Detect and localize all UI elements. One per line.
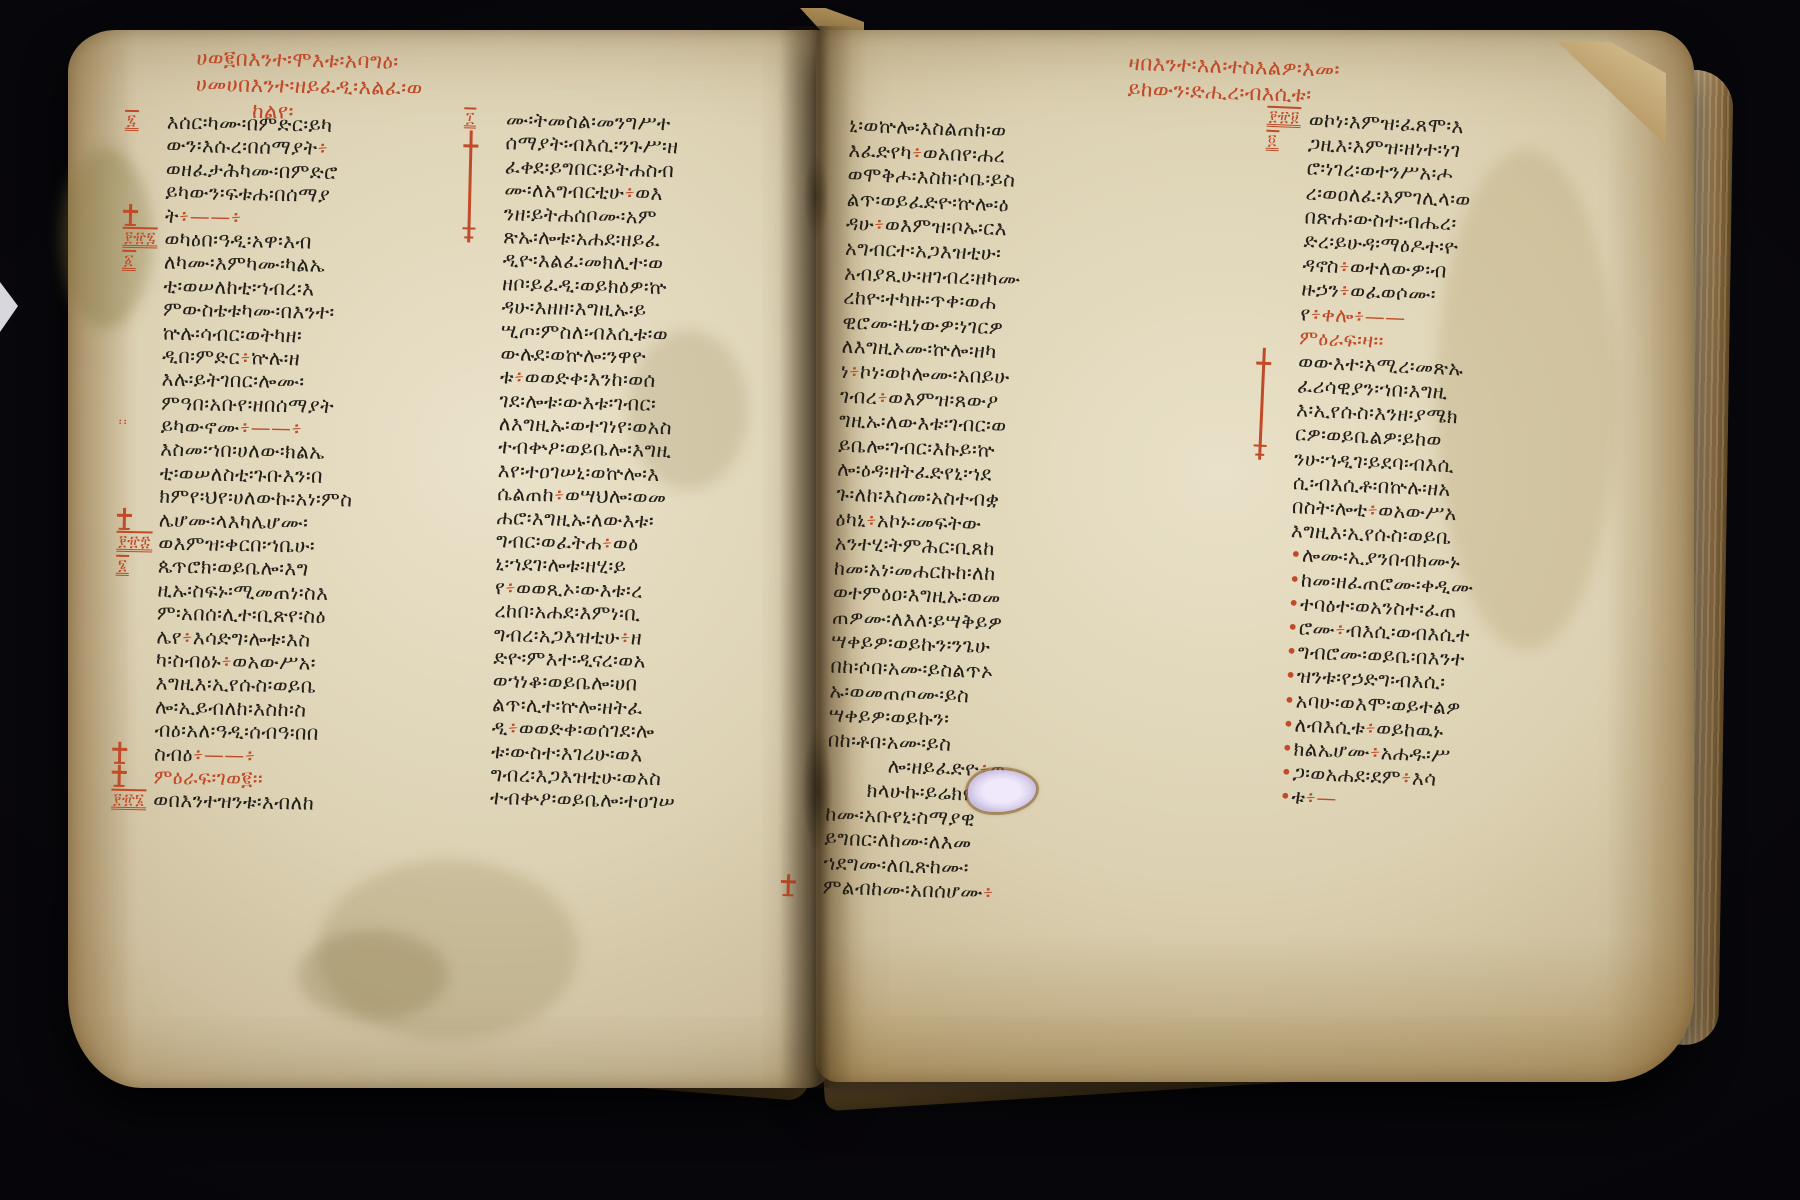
rubric-segment: ፥: [221, 649, 232, 673]
ink-segment: ወአውሥአ፡: [232, 649, 316, 675]
ink-segment: ሀመሀበእንተ፡ዘይፈዲ፡እልፈ፡ወ: [196, 72, 423, 100]
rubric-segment: ፥: [624, 180, 636, 204]
margin-cross-icon: [117, 508, 132, 530]
margin-numeral: ፲: [464, 107, 477, 128]
rubric-segment: ፥: [514, 365, 526, 389]
margin-numeral: ፻፹፮: [111, 788, 146, 810]
parchment-stain: [318, 860, 578, 1040]
margin-cross-icon: [780, 874, 796, 897]
rubric-segment: ፥: [602, 531, 614, 555]
right-page-column-2: ወኮነ፡እምዝ፡ፈጸሞ፡እጋዚእ፡እምዝ፡ዘነተ፡ነገሮ፡ነገረ፡ወተንሥአ፡ሖ…: [1279, 108, 1621, 822]
rubric-segment: ፥: [554, 483, 566, 507]
rubric-segment: ምዕራፍ፡ገወ፪፡፡: [153, 764, 263, 790]
rubric-segment: ፥: [240, 345, 251, 369]
ink-segment: ወይከዉኑ: [1376, 716, 1444, 743]
ink-segment: ወአበየ፡ሐረ: [922, 140, 1005, 167]
rubric-segment: ፥: [866, 507, 878, 531]
rubric-segment: ፥: [982, 880, 994, 904]
ink-segment: ወፈወሶሙ፡: [1350, 279, 1437, 307]
ink-segment: ወእምዝ፡ቦኡ፡ርእ: [885, 213, 1008, 241]
ink-segment: ገብረ: [840, 383, 878, 408]
ink-segment: ዳሁ: [846, 211, 875, 236]
ink-segment: ኵሉ፡ሳብር፡ወትካዘ፡: [162, 320, 302, 347]
margin-numeral: ፯: [125, 110, 139, 131]
margin-cross-icon: [1252, 347, 1272, 460]
rubric-segment: ፥: [291, 416, 302, 440]
ink-segment: እሳ: [1411, 766, 1436, 791]
rubric-segment: ፥: [239, 415, 250, 439]
parchment-stain: [298, 930, 448, 1020]
margin-numeral: ፻፹፯: [122, 227, 158, 249]
rubric-segment: ፥: [179, 203, 190, 227]
photo-backdrop: ሀወ፪በእንተ፡ሞእቱ፡አባግዕ፡ሀመሀበእንተ፡ዘይፈዲ፡እልፈ፡ወ ከልየ፡…: [0, 0, 1800, 1200]
ink-segment: ወሣህሎ፡ወመ: [565, 483, 667, 509]
rubric-segment: ፥: [508, 716, 520, 740]
rubric-segment: ፥: [874, 212, 886, 236]
ink-segment: ስብዕ: [154, 741, 193, 766]
right-page: ዛበእንተ፡እለ፡ተስእልዎ፡እመ፡ይከውን፡ድሒረ፡ብእሲቱ፡ ኒ፡ወኵሎ፡እ…: [816, 30, 1694, 1082]
rubric-segment: ፥: [193, 742, 204, 766]
ink-segment: ወበእንተዝንቱ፡እብለከ: [153, 788, 314, 815]
ink-segment: ዘ: [630, 625, 642, 649]
rubric-segment: ፥: [230, 205, 241, 229]
ink-segment: ሙ፡ለአግብርቲሁ: [504, 177, 625, 204]
ink-segment: በከ፡ቶበ፡አሙ፡ይስ: [828, 727, 952, 755]
ink-segment: ክልኤሆሙ: [1293, 736, 1370, 763]
ink-segment: እሳድግ፡ሎቱ፡እስ: [193, 625, 311, 651]
ink-segment: ኵሉ፡ዘ: [251, 345, 300, 370]
ink-segment: ወዕ: [613, 531, 639, 556]
ink-segment: ይከውን፡ድሒረ፡ብእሲቱ፡: [1127, 77, 1312, 107]
margin-numeral: ፩: [122, 250, 136, 271]
margin-numeral: ፮: [116, 554, 130, 575]
ink-segment: ዳኖስ: [1302, 253, 1340, 279]
margin-numeral: ፻፹፱: [1267, 106, 1302, 128]
left-page: ሀወ፪በእንተ፡ሞእቱ፡አባግዕ፡ሀመሀበእንተ፡ዘይፈዲ፡እልፈ፡ወ ከልየ፡…: [68, 30, 830, 1088]
ink-segment: ሴልጠከ: [497, 481, 554, 506]
ink-segment: ወእ: [635, 181, 663, 206]
ink-segment: ቱ: [500, 365, 514, 389]
margin-cross-icon: [461, 131, 479, 243]
ink-segment: ዙኃን: [1301, 277, 1340, 303]
margin-numeral: ፻፹፰: [116, 531, 153, 553]
rubric-segment: ፥: [505, 575, 517, 599]
ink-segment: ወአውሥአ: [1378, 498, 1457, 525]
rubric-segment: ፥: [244, 743, 255, 767]
margin-cross-icon: [112, 741, 127, 763]
rubric-segment: —: [1316, 786, 1337, 811]
right-page-rubric-header: ዛበእንተ፡እለ፡ተስእልዎ፡እመ፡ይከውን፡ድሒረ፡ብእሲቱ፡: [1127, 50, 1499, 114]
ink-segment: ተብቍዖ፡ወይቤሎ፡ተዐገሠ: [490, 785, 676, 813]
ink-segment: ወእምዝ፡ጸውዖ: [888, 385, 999, 413]
ink-segment: ምልብከሙ፡አበሰሆሙ: [822, 875, 983, 905]
ink-segment: አሐዱ፡ሥ: [1380, 740, 1451, 767]
ink-segment: እፈድየካ: [848, 137, 912, 163]
ink-segment: ሀወ፪በእንተ፡ሞእቱ፡አባግዕ፡: [196, 46, 399, 74]
rubric-segment: ቀሎ፥: [1321, 302, 1365, 328]
margin-numeral: ፬: [1266, 130, 1280, 152]
left-page-column-1: እሰር፡ካሙ፡በምድር፡ይካውን፡እሱረ፡በሰማያት፥ወዘፈታሕካሙ፡በምድሮይ…: [153, 111, 507, 819]
ink-segment: ሌየ: [156, 624, 182, 649]
ink-segment: ሣቀይዎ፡ወይኩን፡: [828, 703, 949, 731]
ink-segment: ይካውኖሙ: [161, 414, 240, 440]
ink-segment: ዲበ፡ምድር: [162, 344, 240, 370]
rubric-segment: ፥: [620, 625, 632, 649]
rubric-segment: ——: [250, 415, 291, 440]
ink-segment: ዕካኒ: [835, 506, 866, 531]
rubric-segment: ——: [1364, 304, 1406, 330]
ink-segment: ካ፡ስብዕኑ: [156, 648, 222, 673]
ink-segment: ት: [165, 203, 179, 227]
left-page-column-2: ሙ፡ትመስል፡መንግሥተሰማያት፡ብእሲ፡ንጉሥ፡ዘፈቀደ፡ይግበር፡ይትሐስብ…: [490, 108, 830, 817]
ink-segment: ሮሙ: [1298, 616, 1335, 642]
rubric-segment: ፥: [317, 136, 328, 160]
ink-segment: አኮኑ፡መፍትው: [877, 508, 982, 536]
margin-cross-icon: [111, 765, 126, 787]
ink-segment: ለብእሲቱ: [1294, 712, 1366, 739]
rubric-segment: ምዕራፍ፡ዛ፡፡: [1299, 325, 1384, 353]
ink-segment: ግብር፡ወፈትሐ: [496, 528, 602, 554]
ink-segment: በስት፡ሎቲ: [1292, 494, 1368, 521]
margin-mark: ፡፡: [119, 414, 129, 430]
rubric-segment: ——: [204, 742, 245, 767]
ink-segment: ዲ: [491, 715, 508, 739]
ink-segment: ቱ: [1291, 785, 1306, 810]
background-object: [0, 282, 18, 332]
rubric-segment: ——: [190, 204, 231, 229]
margin-cross-icon: [123, 203, 138, 225]
